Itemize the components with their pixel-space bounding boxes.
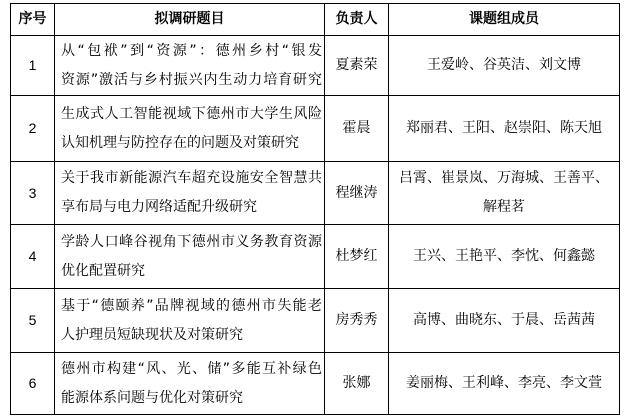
- row-topic: 从“包袱”到“资源”：德州乡村“银发 资源”激活与乡村振兴内生动力培育研究: [55, 36, 325, 96]
- topic-line: 认知机理与防控存在的问题及对策研究: [61, 129, 322, 158]
- header-members: 课题组成员: [389, 4, 620, 36]
- topic-line: 学龄人口峰谷视角下德州市义务教育资源: [61, 228, 322, 257]
- topic-line: 基于“德颐养”品牌视域的德州市失能老: [61, 292, 322, 321]
- row-members: 高博、曲晓东、于晨、岳茜茜: [389, 289, 620, 353]
- row-index: 1: [11, 36, 55, 96]
- topic-line: 从“包袱”到“资源”：德州乡村“银发: [61, 37, 322, 66]
- row-index: 3: [11, 162, 55, 225]
- table-row: 6 德州市构建“风、光、储”多能互补绿色 能源体系问题与优化对策研究 张娜 姜丽…: [11, 353, 620, 415]
- row-topic: 学龄人口峰谷视角下德州市义务教育资源 优化配置研究: [55, 225, 325, 289]
- members-line: 吕霄、崔景岚、万海城、王善平、: [389, 164, 619, 193]
- topic-line: 人护理员短缺现状及对策研究: [61, 321, 322, 350]
- row-index: 4: [11, 225, 55, 289]
- topic-line: 德州市构建“风、光、储”多能互补绿色: [61, 355, 322, 384]
- row-members: 吕霄、崔景岚、万海城、王善平、 解程茗: [389, 162, 620, 225]
- header-index: 序号: [11, 4, 55, 36]
- row-leader: 杜梦红: [325, 225, 389, 289]
- members-line: 高博、曲晓东、于晨、岳茜茜: [389, 306, 619, 335]
- row-topic: 基于“德颐养”品牌视域的德州市失能老 人护理员短缺现状及对策研究: [55, 289, 325, 353]
- table-row: 4 学龄人口峰谷视角下德州市义务教育资源 优化配置研究 杜梦红 王兴、王艳平、李…: [11, 225, 620, 289]
- header-row: 序号 拟调研题目 负责人 课题组成员: [11, 4, 620, 36]
- header-topic: 拟调研题目: [55, 4, 325, 36]
- topic-line: 资源”激活与乡村振兴内生动力培育研究: [61, 66, 322, 95]
- research-topics-table: 序号 拟调研题目 负责人 课题组成员 1 从“包袱”到“资源”：德州乡村“银发 …: [10, 3, 620, 415]
- row-topic: 生成式人工智能视域下德州市大学生风险 认知机理与防控存在的问题及对策研究: [55, 96, 325, 162]
- row-leader: 程继涛: [325, 162, 389, 225]
- topic-line: 生成式人工智能视域下德州市大学生风险: [61, 100, 322, 129]
- row-leader: 霍晨: [325, 96, 389, 162]
- members-line: 解程茗: [389, 193, 619, 222]
- topic-line: 享布局与电力网络适配升级研究: [61, 193, 322, 222]
- row-leader: 张娜: [325, 353, 389, 415]
- row-topic: 关于我市新能源汽车超充设施安全智慧共 享布局与电力网络适配升级研究: [55, 162, 325, 225]
- topic-line: 能源体系问题与优化对策研究: [61, 384, 322, 413]
- topic-line: 关于我市新能源汽车超充设施安全智慧共: [61, 164, 322, 193]
- members-line: 王兴、王艳平、李忱、何鑫懿: [389, 242, 619, 271]
- table-row: 3 关于我市新能源汽车超充设施安全智慧共 享布局与电力网络适配升级研究 程继涛 …: [11, 162, 620, 225]
- row-topic: 德州市构建“风、光、储”多能互补绿色 能源体系问题与优化对策研究: [55, 353, 325, 415]
- header-leader: 负责人: [325, 4, 389, 36]
- topic-line: 优化配置研究: [61, 257, 322, 286]
- row-members: 姜丽梅、王利峰、李亮、李文萱: [389, 353, 620, 415]
- row-index: 2: [11, 96, 55, 162]
- table-row: 2 生成式人工智能视域下德州市大学生风险 认知机理与防控存在的问题及对策研究 霍…: [11, 96, 620, 162]
- table-row: 1 从“包袱”到“资源”：德州乡村“银发 资源”激活与乡村振兴内生动力培育研究 …: [11, 36, 620, 96]
- row-leader: 夏素荣: [325, 36, 389, 96]
- members-line: 王爱岭、谷英洁、刘文博: [389, 51, 619, 80]
- members-line: 姜丽梅、王利峰、李亮、李文萱: [389, 369, 619, 398]
- row-members: 王爱岭、谷英洁、刘文博: [389, 36, 620, 96]
- row-index: 5: [11, 289, 55, 353]
- table-row: 5 基于“德颐养”品牌视域的德州市失能老 人护理员短缺现状及对策研究 房秀秀 高…: [11, 289, 620, 353]
- row-index: 6: [11, 353, 55, 415]
- row-leader: 房秀秀: [325, 289, 389, 353]
- row-members: 王兴、王艳平、李忱、何鑫懿: [389, 225, 620, 289]
- members-line: 郑丽君、王阳、赵崇阳、陈天旭: [389, 114, 619, 143]
- row-members: 郑丽君、王阳、赵崇阳、陈天旭: [389, 96, 620, 162]
